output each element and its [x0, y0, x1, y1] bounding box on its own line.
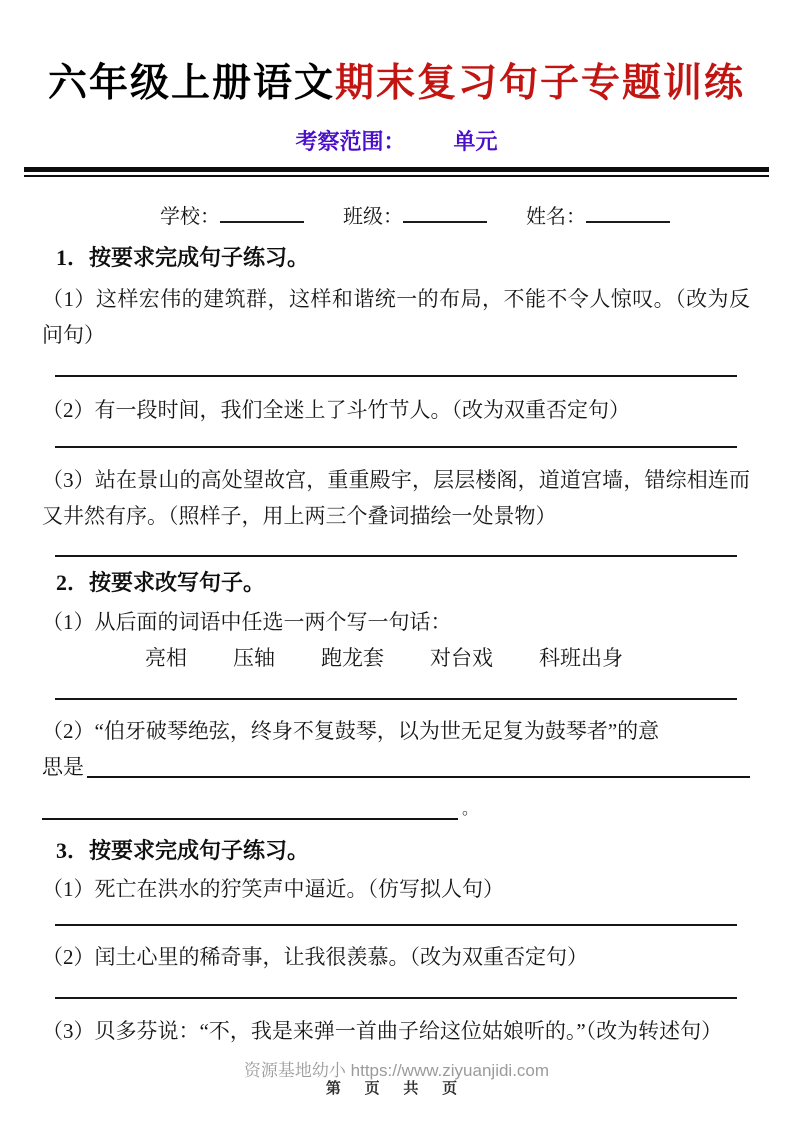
page-footer: 资源基地幼小 https://www.ziyuanjidi.com 第 页 共 …: [0, 1056, 793, 1098]
answer-divider: [55, 375, 737, 377]
class-blank: [403, 205, 487, 223]
question-2-1: （1）从后面的词语中任选一两个写一句话：: [42, 604, 750, 640]
class-label: 班级：: [343, 206, 403, 228]
scope-label: 考察范围：: [295, 129, 405, 154]
answer-divider: [55, 997, 737, 999]
school-label: 学校：: [160, 206, 220, 228]
page-title: 六年级上册语文期末复习句子专题训练: [0, 52, 793, 108]
student-info-line: 学校： 班级： 姓名：: [160, 200, 793, 229]
answer-divider: [55, 924, 737, 926]
word-item: 对台戏: [430, 640, 493, 676]
name-blank: [586, 205, 670, 223]
answer-divider: [55, 555, 737, 557]
question-2-2-line1: （2）“伯牙破琴绝弦，终身不复鼓琴，以为世无足复为鼓琴者”的意: [42, 713, 750, 749]
scope-value: 单元: [454, 129, 498, 154]
title-topic-part: 期末复习句子专题训练: [335, 62, 745, 105]
answer-blank-line: [42, 794, 458, 820]
word-choices-list: 亮相 压轴 跑龙套 对台戏 科班出身: [145, 640, 750, 676]
name-label: 姓名：: [526, 206, 586, 228]
worksheet-page: 六年级上册语文期末复习句子专题训练 考察范围：单元 学校： 班级： 姓名： 1．…: [0, 0, 793, 1122]
word-item: 科班出身: [539, 640, 623, 676]
school-field: 学校：: [160, 206, 304, 228]
question-1-1: （1）这样宏伟的建筑群，这样和谐统一的布局，不能不令人惊叹。（改为反问句）: [42, 281, 750, 353]
page-number-label: 第 页 共 页: [0, 1077, 793, 1098]
question-3-1: （1）死亡在洪水的狞笑声中逼近。（仿写拟人句）: [42, 871, 750, 907]
name-field: 姓名：: [526, 206, 670, 228]
question-3-2: （2）闰土心里的稀奇事，让我很羡慕。（改为双重否定句）: [42, 939, 750, 975]
header-double-rule: [24, 167, 769, 177]
end-period: 。: [462, 801, 478, 818]
school-blank: [220, 205, 304, 223]
section-3-heading: 3．按要求完成句子练习。: [56, 836, 750, 866]
section-1-heading: 1．按要求完成句子练习。: [56, 243, 750, 273]
class-field: 班级：: [343, 206, 487, 228]
word-item: 亮相: [145, 640, 187, 676]
word-item: 跑龙套: [321, 640, 384, 676]
question-2-2-line2: 思是: [42, 749, 750, 785]
answer-divider: [55, 698, 737, 700]
question-1-3: （3）站在景山的高处望故宫，重重殿宇，层层楼阁，道道宫墙，错综相连而又井然有序。…: [42, 462, 750, 534]
question-2-2-line3: 。: [42, 792, 750, 831]
worksheet-body: 1．按要求完成句子练习。 （1）这样宏伟的建筑群，这样和谐统一的布局，不能不令人…: [0, 243, 793, 1049]
scope-line: 考察范围：单元: [0, 125, 793, 156]
section-2-heading: 2．按要求改写句子。: [56, 568, 750, 598]
word-item: 压轴: [233, 640, 275, 676]
question-1-2: （2）有一段时间，我们全迷上了斗竹节人。（改为双重否定句）: [42, 392, 750, 428]
answer-divider: [55, 446, 737, 448]
question-3-3: （3）贝多芬说：“不，我是来弹一首曲子给这位姑娘听的。”（改为转述句）: [42, 1013, 750, 1049]
question-2-2-prefix: 思是: [42, 749, 84, 785]
title-grade-part: 六年级上册语文: [48, 62, 335, 105]
answer-blank-inline: [87, 749, 750, 778]
